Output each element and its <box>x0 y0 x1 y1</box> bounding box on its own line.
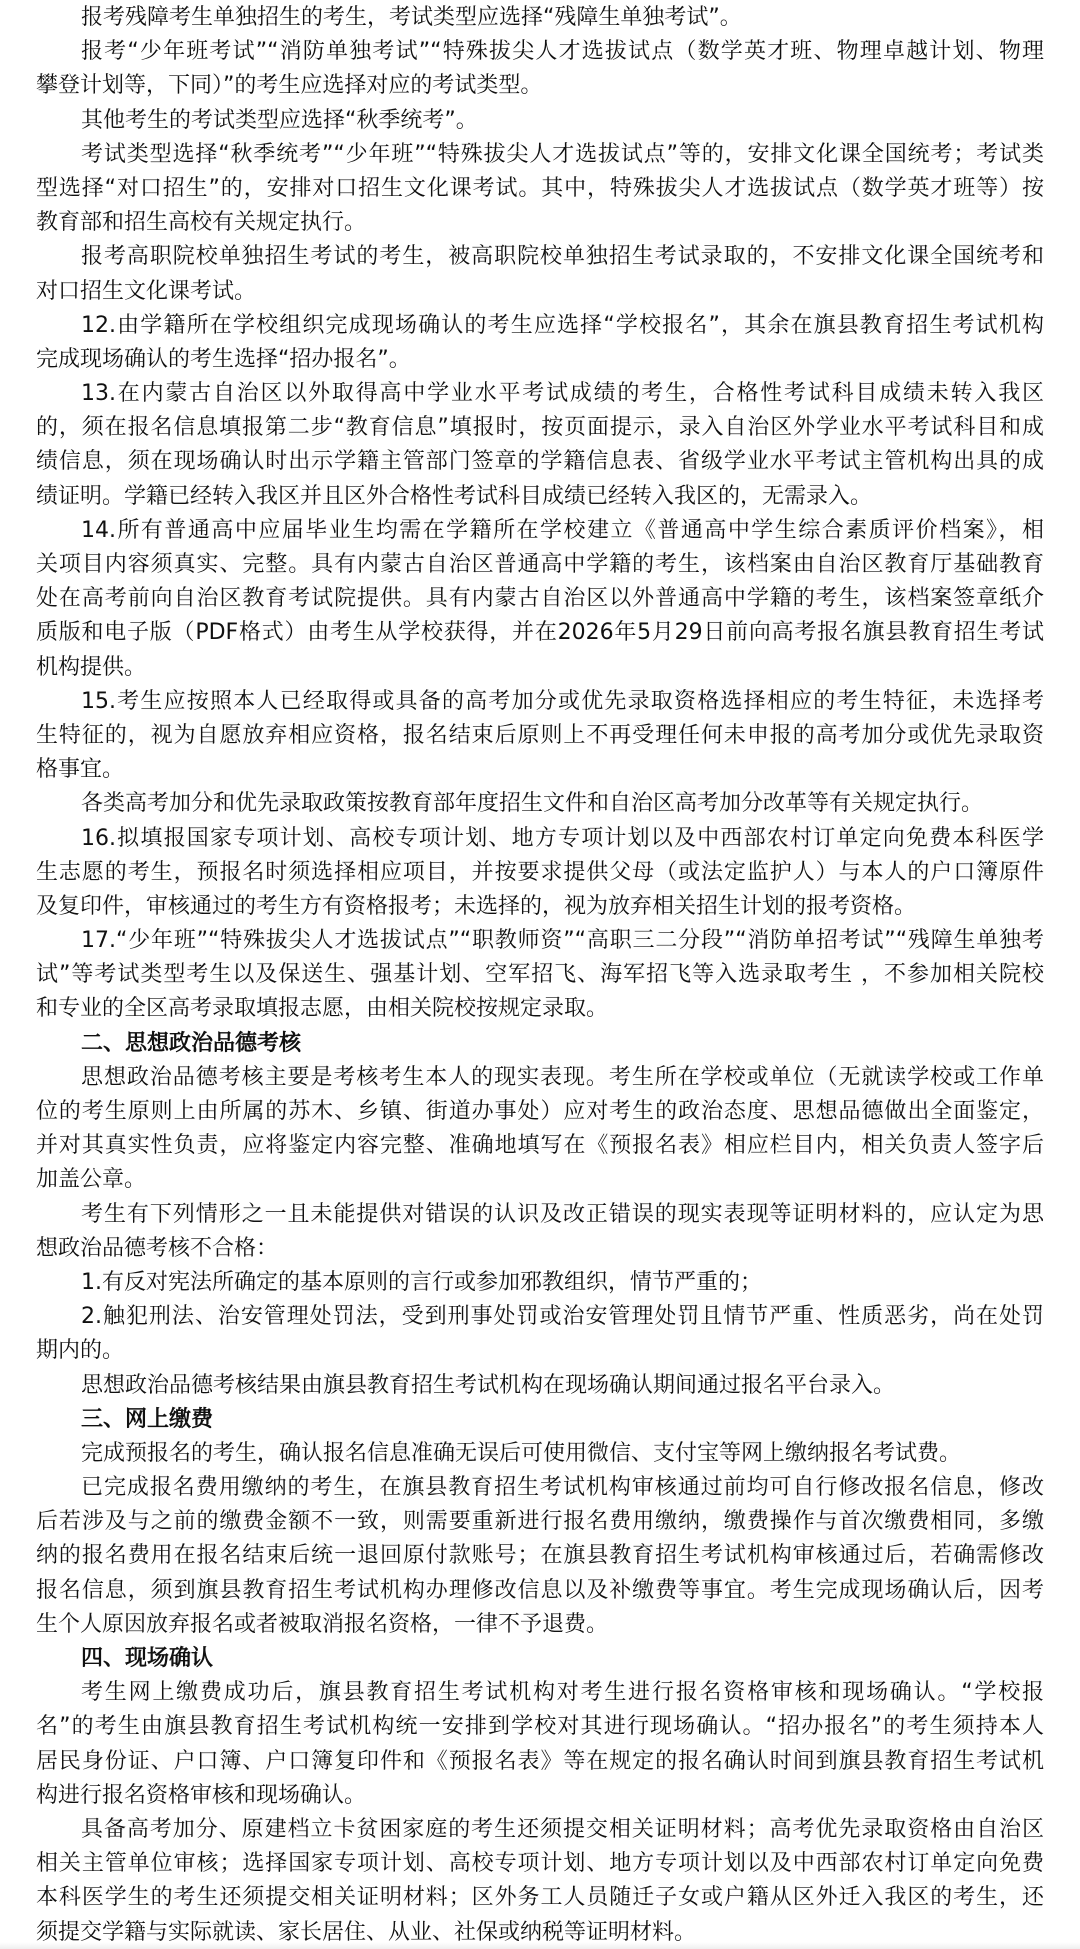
paragraph-item-16: 16.拟填报国家专项计划、高校专项计划、地方专项计划以及中西部农村订单定向免费本… <box>36 822 1044 925</box>
text-line: 加盖公章。 <box>36 1163 1044 1197</box>
section-heading: 三、网上缴费 <box>36 1403 1044 1437</box>
list-item-1: 1.有反对宪法所确定的基本原则的言行或参加邪教组织，情节严重的； <box>36 1266 1044 1300</box>
section-political-assessment: 二、思想政治品德考核 思想政治品德考核主要是考核考生本人的现实表现。考生所在学校… <box>36 1027 1044 1403</box>
text-line: 后若涉及与之前的缴费金额不一致，则需要重新进行报名费用缴纳，缴费操作与首次缴费相… <box>36 1505 1044 1539</box>
text-line: 生个人原因放弃报名或者被取消报名资格，一律不予退费。 <box>36 1608 1044 1642</box>
text-line: 和专业的全区高考录取填报志愿，由相关院校按规定录取。 <box>36 992 1044 1026</box>
paragraph: 具备高考加分、原建档立卡贫困家庭的考生还须提交相关证明材料；高考优先录取资格由自… <box>36 1813 1044 1949</box>
text-line: 14.所有普通高中应届毕业生均需在学籍所在学校建立《普通高中学生综合素质评价档案… <box>36 514 1044 548</box>
text-line: 生志愿的考生，预报名时须选择相应项目，并按要求提供父母（或法定监护人）与本人的户… <box>36 856 1044 890</box>
text-line: 17.“少年班”“特殊拔尖人才选拔试点”“职教师资”“高职三二分段”“消防单招考… <box>36 924 1044 958</box>
text-line: 各类高考加分和优先录取政策按教育部年度招生文件和自治区高考加分改革等有关规定执行… <box>36 787 1044 821</box>
section-continuation: 报考残障考生单独招生的考生，考试类型应选择“残障生单独考试”。 报考“少年班考试… <box>36 1 1044 1027</box>
paragraph: 各类高考加分和优先录取政策按教育部年度招生文件和自治区高考加分改革等有关规定执行… <box>36 787 1044 821</box>
paragraph-item-13: 13.在内蒙古自治区以外取得高中学业水平考试成绩的考生，合格性考试科目成绩未转入… <box>36 377 1044 514</box>
paragraph-item-17: 17.“少年班”“特殊拔尖人才选拔试点”“职教师资”“高职三二分段”“消防单招考… <box>36 924 1044 1027</box>
text-line: 教育部和招生高校有关规定执行。 <box>36 206 1044 240</box>
paragraph-item-14: 14.所有普通高中应届毕业生均需在学籍所在学校建立《普通高中学生综合素质评价档案… <box>36 514 1044 685</box>
text-line: 绩信息，须在现场确认时出示学籍主管部门签章的学籍信息表、省级学业水平考试主管机构… <box>36 445 1044 479</box>
document-body: 报考残障考生单独招生的考生，考试类型应选择“残障生单独考试”。 报考“少年班考试… <box>36 1 1044 1949</box>
paragraph: 已完成报名费用缴纳的考生，在旗县教育招生考试机构审核通过前均可自行修改报名信息，… <box>36 1471 1044 1642</box>
paragraph: 考生有下列情形之一且未能提供对错误的认识及改正错误的现实表现等证明材料的，应认定… <box>36 1198 1044 1266</box>
text-line: 纳的报名费用在报名结束后统一退回原付款账号；在旗县教育招生考试机构审核通过后，若… <box>36 1539 1044 1573</box>
text-line: 生特征的，视为自愿放弃相应资格，报名结束后原则上不再受理任何未申报的高考加分或优… <box>36 719 1044 753</box>
text-line: 并对其真实性负责，应将鉴定内容完整、准确地填写在《预报名表》相应栏目内，相关负责… <box>36 1129 1044 1163</box>
paragraph: 报考“少年班考试”“消防单独考试”“特殊拔尖人才选拔试点（数学英才班、物理卓越计… <box>36 35 1044 103</box>
text-line: 15.考生应按照本人已经取得或具备的高考加分或优先录取资格选择相应的考生特征，未… <box>36 685 1044 719</box>
paragraph: 考生网上缴费成功后，旗县教育招生考试机构对考生进行报名资格审核和现场确认。“学校… <box>36 1676 1044 1813</box>
text-line: 攀登计划等，下同）”的考生应选择对应的考试类型。 <box>36 69 1044 103</box>
paragraph-item-15: 15.考生应按照本人已经取得或具备的高考加分或优先录取资格选择相应的考生特征，未… <box>36 685 1044 788</box>
text-line: 想政治品德考核不合格： <box>36 1232 1044 1266</box>
section-onsite-confirmation: 四、现场确认 考生网上缴费成功后，旗县教育招生考试机构对考生进行报名资格审核和现… <box>36 1642 1044 1949</box>
section-online-payment: 三、网上缴费 完成预报名的考生，确认报名信息准确无误后可使用微信、支付宝等网上缴… <box>36 1403 1044 1642</box>
text-line: 考生有下列情形之一且未能提供对错误的认识及改正错误的现实表现等证明材料的，应认定… <box>36 1198 1044 1232</box>
paragraph: 考试类型选择“秋季统考”“少年班”“特殊拔尖人才选拔试点”等的，安排文化课全国统… <box>36 138 1044 241</box>
text-line: 构进行报名资格审核和现场确认。 <box>36 1779 1044 1813</box>
bottom-edge-shadow <box>0 1942 1080 1949</box>
text-line: 相关主管单位审核；选择国家专项计划、高校专项计划、地方专项计划以及中西部农村订单… <box>36 1847 1044 1881</box>
section-heading: 二、思想政治品德考核 <box>36 1027 1044 1061</box>
text-line: 报名信息，须到旗县教育招生考试机构办理修改信息以及补缴费等事宜。考生完成现场确认… <box>36 1574 1044 1608</box>
text-line: 1.有反对宪法所确定的基本原则的言行或参加邪教组织，情节严重的； <box>36 1266 1044 1300</box>
text-line: 的，须在报名信息填报第二步“教育信息”填报时，按页面提示，录入自治区外学业水平考… <box>36 411 1044 445</box>
text-line: 考生网上缴费成功后，旗县教育招生考试机构对考生进行报名资格审核和现场确认。“学校… <box>36 1676 1044 1710</box>
paragraph: 思想政治品德考核结果由旗县教育招生考试机构在现场确认期间通过报名平台录入。 <box>36 1369 1044 1403</box>
text-line: 对口招生文化课考试。 <box>36 275 1044 309</box>
text-line: 思想政治品德考核结果由旗县教育招生考试机构在现场确认期间通过报名平台录入。 <box>36 1369 1044 1403</box>
text-line: 位的考生原则上由所属的苏木、乡镇、街道办事处）应对考生的政治态度、思想品德做出全… <box>36 1095 1044 1129</box>
list-item-2: 2.触犯刑法、治安管理处罚法，受到刑事处罚或治安管理处罚且情节严重、性质恶劣，尚… <box>36 1300 1044 1368</box>
text-line: 报考“少年班考试”“消防单独考试”“特殊拔尖人才选拔试点（数学英才班、物理卓越计… <box>36 35 1044 69</box>
text-line: 关项目内容须真实、完整。具有内蒙古自治区普通高中学籍的考生，该档案由自治区教育厅… <box>36 548 1044 582</box>
text-line: 居民身份证、户口簿、户口簿复印件和《预报名表》等在规定的报名确认时间到旗县教育招… <box>36 1745 1044 1779</box>
text-line: 及复印件，审核通过的考生方有资格报考；未选择的，视为放弃相关招生计划的报考资格。 <box>36 890 1044 924</box>
text-line: 2.触犯刑法、治安管理处罚法，受到刑事处罚或治安管理处罚且情节严重、性质恶劣，尚… <box>36 1300 1044 1334</box>
text-line: 完成预报名的考生，确认报名信息准确无误后可使用微信、支付宝等网上缴纳报名考试费。 <box>36 1437 1044 1471</box>
text-line: 处在高考前向自治区教育考试院提供。具有内蒙古自治区以外普通高中学籍的考生，该档案… <box>36 582 1044 616</box>
text-line: 思想政治品德考核主要是考核考生本人的现实表现。考生所在学校或单位（无就读学校或工… <box>36 1061 1044 1095</box>
paragraph: 思想政治品德考核主要是考核考生本人的现实表现。考生所在学校或单位（无就读学校或工… <box>36 1061 1044 1198</box>
text-line: 其他考生的考试类型应选择“秋季统考”。 <box>36 104 1044 138</box>
text-line: 本科医学生的考生还须提交相关证明材料；区外务工人员随迁子女或户籍从区外迁入我区的… <box>36 1881 1044 1915</box>
text-line: 质版和电子版（PDF格式）由考生从学校获得，并在2026年5月29日前向高考报名… <box>36 616 1044 650</box>
text-line: 机构提供。 <box>36 651 1044 685</box>
text-line: 报考高职院校单独招生考试的考生，被高职院校单独招生考试录取的，不安排文化课全国统… <box>36 240 1044 274</box>
text-line: 名”的考生由旗县教育招生考试机构统一安排到学校对其进行现场确认。“招办报名”的考… <box>36 1710 1044 1744</box>
text-line: 型选择“对口招生”的，安排对口招生文化课考试。其中，特殊拔尖人才选拔试点（数学英… <box>36 172 1044 206</box>
text-line: 报考残障考生单独招生的考生，考试类型应选择“残障生单独考试”。 <box>36 1 1044 35</box>
paragraph-item-12: 12.由学籍所在学校组织完成现场确认的考生应选择“学校报名”，其余在旗县教育招生… <box>36 309 1044 377</box>
section-heading: 四、现场确认 <box>36 1642 1044 1676</box>
text-line: 期内的。 <box>36 1334 1044 1368</box>
text-line: 12.由学籍所在学校组织完成现场确认的考生应选择“学校报名”，其余在旗县教育招生… <box>36 309 1044 343</box>
text-line: 16.拟填报国家专项计划、高校专项计划、地方专项计划以及中西部农村订单定向免费本… <box>36 822 1044 856</box>
paragraph: 完成预报名的考生，确认报名信息准确无误后可使用微信、支付宝等网上缴纳报名考试费。 <box>36 1437 1044 1471</box>
text-line: 绩证明。学籍已经转入我区并且区外合格性考试科目成绩已经转入我区的，无需录入。 <box>36 480 1044 514</box>
text-line: 已完成报名费用缴纳的考生，在旗县教育招生考试机构审核通过前均可自行修改报名信息，… <box>36 1471 1044 1505</box>
text-line: 13.在内蒙古自治区以外取得高中学业水平考试成绩的考生，合格性考试科目成绩未转入… <box>36 377 1044 411</box>
text-line: 考试类型选择“秋季统考”“少年班”“特殊拔尖人才选拔试点”等的，安排文化课全国统… <box>36 138 1044 172</box>
text-line: 试”等考试类型考生以及保送生、强基计划、空军招飞、海军招飞等入选录取考生 ，不参… <box>36 958 1044 992</box>
text-line: 格事宜。 <box>36 753 1044 787</box>
paragraph: 报考高职院校单独招生考试的考生，被高职院校单独招生考试录取的，不安排文化课全国统… <box>36 240 1044 308</box>
paragraph: 报考残障考生单独招生的考生，考试类型应选择“残障生单独考试”。 <box>36 1 1044 35</box>
text-line: 完成现场确认的考生选择“招办报名”。 <box>36 343 1044 377</box>
text-line: 具备高考加分、原建档立卡贫困家庭的考生还须提交相关证明材料；高考优先录取资格由自… <box>36 1813 1044 1847</box>
paragraph: 其他考生的考试类型应选择“秋季统考”。 <box>36 104 1044 138</box>
